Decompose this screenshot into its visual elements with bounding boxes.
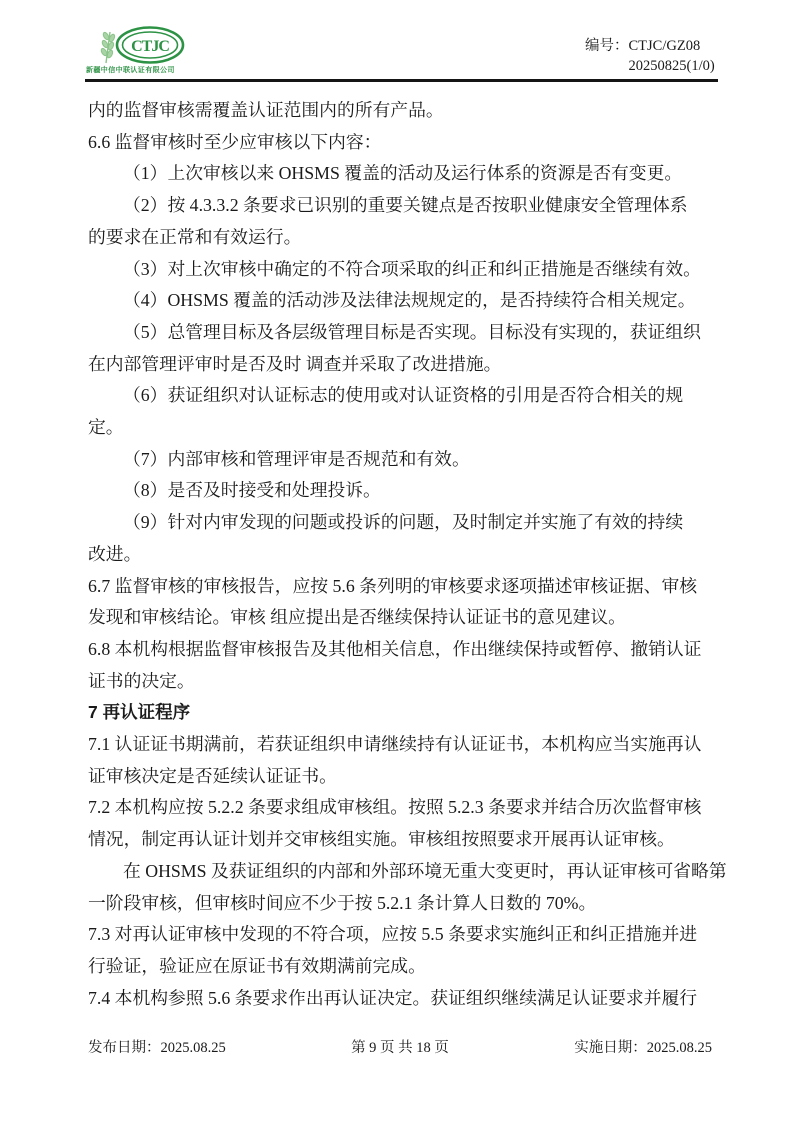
release-date-value: 2025.08.25	[161, 1040, 226, 1056]
body-line: 定。	[88, 412, 720, 444]
body-line: 情况，制定再认证计划并交审核组实施。审核组按照要求开展再认证审核。	[88, 824, 720, 856]
ctjc-oval-logo-icon: CTJC	[86, 24, 216, 64]
doc-number: CTJC/GZ08	[629, 36, 715, 56]
body-line: 6.8 本机构根据监督审核报告及其他相关信息，作出继续保持或暂停、撤销认证	[88, 634, 720, 666]
body-line: 证审核决定是否延续认证证书。	[88, 761, 720, 793]
page-footer: 发布日期：2025.08.25 第 9 页 共 18 页 实施日期：2025.0…	[88, 1036, 712, 1057]
body-line: （6）获证组织对认证标志的使用或对认证资格的引用是否符合相关的规	[88, 380, 720, 412]
body-line: （7）内部审核和管理评审是否规范和有效。	[88, 444, 720, 476]
body-line: 7.3 对再认证审核中发现的不符合项，应按 5.5 条要求实施纠正和纠正措施并进	[88, 919, 720, 951]
release-date: 发布日期：2025.08.25	[88, 1036, 226, 1057]
document-page: CTJC 新疆中信中联认证有限公司 编号： CTJC/GZ08 20250825…	[0, 0, 800, 1130]
body-line: （3）对上次审核中确定的不符合项采取的纠正和纠正措施是否继续有效。	[88, 254, 720, 286]
header-rule	[85, 79, 718, 82]
body-line: 改进。	[88, 539, 720, 571]
body-line: （5）总管理目标及各层级管理目标是否实现。目标没有实现的，获证组织	[88, 317, 720, 349]
body-line: 在内部管理评审时是否及时 调查并采取了改进措施。	[88, 349, 720, 381]
body-line: 一阶段审核，但审核时间应不少于按 5.2.1 条计算人日数的 70%。	[88, 888, 720, 920]
body-line: （1）上次审核以来 OHSMS 覆盖的活动及运行体系的资源是否有变更。	[88, 158, 720, 190]
body-line: 7.1 认证证书期满前，若获证组织申请继续持有认证证书，本机构应当实施再认	[88, 729, 720, 761]
body-line: （2）按 4.3.3.2 条要求已识别的重要关键点是否按职业健康安全管理体系	[88, 190, 720, 222]
company-logo-art: CTJC	[86, 24, 216, 64]
body-line: （4）OHSMS 覆盖的活动涉及法律法规规定的，是否持续符合相关规定。	[88, 285, 720, 317]
document-body: 内的监督审核需覆盖认证范围内的所有产品。6.6 监督审核时至少应审核以下内容：（…	[88, 95, 720, 1014]
logo-text: CTJC	[131, 38, 169, 55]
company-name: 新疆中信中联认证有限公司	[86, 65, 216, 75]
body-line: 发现和审核结论。审核 组应提出是否继续保持认证证书的意见建议。	[88, 602, 720, 634]
body-line: 7.4 本机构参照 5.6 条要求作出再认证决定。获证组织继续满足认证要求并履行	[88, 983, 720, 1015]
body-line: 内的监督审核需覆盖认证范围内的所有产品。	[88, 95, 720, 127]
section-heading: 7 再认证程序	[88, 697, 720, 729]
body-line: 证书的决定。	[88, 666, 720, 698]
body-line: 6.6 监督审核时至少应审核以下内容：	[88, 127, 720, 159]
doc-number-label: 编号：	[585, 36, 629, 56]
wheat-ear-icon	[100, 31, 116, 63]
doc-number-values: CTJC/GZ08 20250825(1/0)	[629, 36, 715, 76]
body-line: （8）是否及时接受和处理投诉。	[88, 475, 720, 507]
body-line: （9）针对内审发现的问题或投诉的问题，及时制定并实施了有效的持续	[88, 507, 720, 539]
implementation-date-label: 实施日期：	[574, 1040, 647, 1056]
implementation-date: 实施日期：2025.08.25	[574, 1036, 712, 1057]
release-date-label: 发布日期：	[88, 1040, 161, 1056]
body-line: 在 OHSMS 及获证组织的内部和外部环境无重大变更时，再认证审核可省略第	[88, 856, 720, 888]
implementation-date-value: 2025.08.25	[647, 1040, 712, 1056]
company-logo: CTJC 新疆中信中联认证有限公司	[86, 24, 216, 75]
body-line: 6.7 监督审核的审核报告，应按 5.6 条列明的审核要求逐项描述审核证据、审核	[88, 571, 720, 603]
page-number: 第 9 页 共 18 页	[351, 1036, 449, 1057]
doc-version: 20250825(1/0)	[629, 56, 715, 76]
body-line: 行验证，验证应在原证书有效期满前完成。	[88, 951, 720, 983]
body-line: 7.2 本机构应按 5.2.2 条要求组成审核组。按照 5.2.3 条要求并结合…	[88, 792, 720, 824]
body-line: 的要求在正常和有效运行。	[88, 222, 720, 254]
doc-number-block: 编号： CTJC/GZ08 20250825(1/0)	[585, 36, 715, 76]
